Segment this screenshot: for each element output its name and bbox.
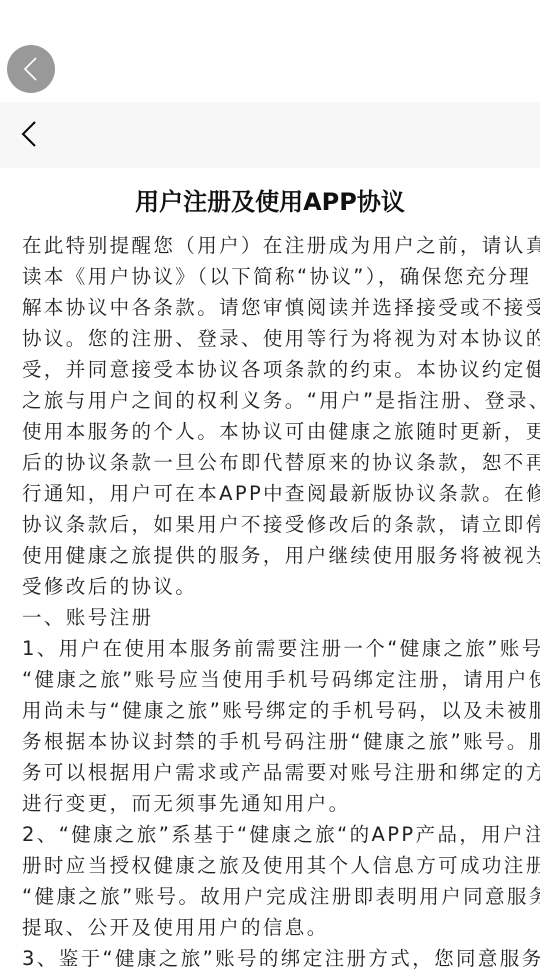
chevron-left-icon xyxy=(20,56,42,82)
body-line: 进行变更，而无须事先通知用户。 xyxy=(22,788,518,819)
body-line: 提取、公开及使用用户的信息。 xyxy=(22,912,518,943)
body-line: 在此特别提醒您（用户）在注册成为用户之前，请认真阅 xyxy=(22,230,518,261)
body-line: 受修改后的协议。 xyxy=(22,571,518,602)
back-button[interactable] xyxy=(14,114,44,154)
section-heading: 一、账号注册 xyxy=(22,602,518,633)
chevron-left-icon xyxy=(20,120,38,148)
status-bar-area xyxy=(0,0,540,102)
body-line: 使用健康之旅提供的服务，用户继续使用服务将被视为接 xyxy=(22,540,518,571)
body-line: 解本协议中各条款。请您审慎阅读并选择接受或不接受本 xyxy=(22,292,518,323)
body-line: 务根据本协议封禁的手机号码注册“健康之旅”账号。服 xyxy=(22,726,518,757)
body-line: 协议条款后，如果用户不接受修改后的条款，请立即停止 xyxy=(22,509,518,540)
body-line: “健康之旅”账号。故用户完成注册即表明用户同意服务 xyxy=(22,881,518,912)
agreement-body: 在此特别提醒您（用户）在注册成为用户之前，请认真阅 读本《用户协议》（以下简称“… xyxy=(0,230,540,960)
body-line: 使用本服务的个人。本协议可由健康之旅随时更新，更新 xyxy=(22,416,518,447)
body-line: 之旅与用户之间的权利义务。“用户”是指注册、登录、 xyxy=(22,385,518,416)
body-line: 读本《用户协议》（以下简称“协议”），确保您充分理 xyxy=(22,261,518,292)
page-title: 用户注册及使用APP协议 xyxy=(0,185,540,219)
body-line: 2、“健康之旅”系基于“健康之旅“的APP产品，用户注 xyxy=(22,819,518,850)
body-line: 协议。您的注册、登录、使用等行为将视为对本协议的接 xyxy=(22,323,518,354)
floating-back-button[interactable] xyxy=(7,45,55,93)
body-line: 受，并同意接受本协议各项条款的约束。本协议约定健康 xyxy=(22,354,518,385)
body-line: 后的协议条款一旦公布即代替原来的协议条款，恕不再另 xyxy=(22,447,518,478)
agreement-content[interactable]: 用户注册及使用APP协议 在此特别提醒您（用户）在注册成为用户之前，请认真阅 读… xyxy=(0,168,540,960)
body-line: 行通知，用户可在本APP中查阅最新版协议条款。在修改 xyxy=(22,478,518,509)
body-line: 务可以根据用户需求或产品需要对账号注册和绑定的方式 xyxy=(22,757,518,788)
body-line: “健康之旅”账号应当使用手机号码绑定注册，请用户使 xyxy=(22,664,518,695)
navigation-bar xyxy=(0,102,540,168)
body-line: 3、鉴于“健康之旅”账号的绑定注册方式，您同意服务在 xyxy=(22,943,518,960)
body-line: 1、用户在使用本服务前需要注册一个“健康之旅”账号。 xyxy=(22,633,518,664)
body-line: 用尚未与“健康之旅”账号绑定的手机号码，以及未被服 xyxy=(22,695,518,726)
body-line: 册时应当授权健康之旅及使用其个人信息方可成功注册 xyxy=(22,850,518,881)
